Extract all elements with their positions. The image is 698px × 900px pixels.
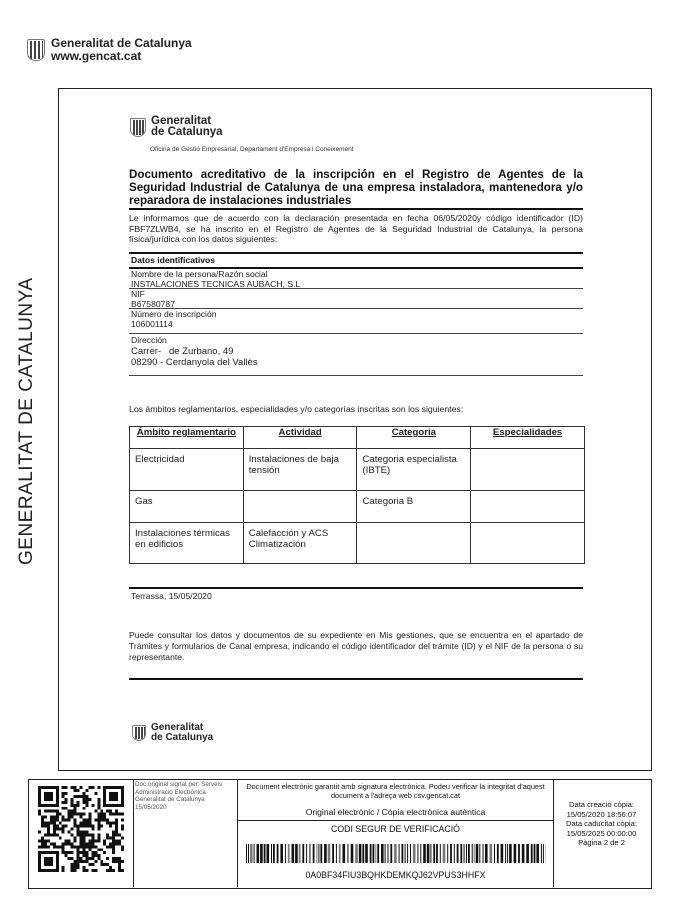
csv-code: 0A0BF34FIU3BQHKDEMKQJ62VPUS3HHFX [238,870,553,880]
table-cell: Instalaciones térmicas en edificios [130,523,244,564]
field-label: Número de inscripción [131,309,217,319]
field-address: Dirección Carrer- de Zurbano, 49 08290 -… [131,335,258,368]
table-cell [471,449,585,491]
table-row: Gas Categoria B [130,491,585,523]
page-number: Pàgina 2 de 2 [553,838,650,848]
copy-metadata: Data creació còpia: 15/05/2020 18:56:07 … [553,780,650,887]
office-name: Oficina de Gestió Empresarial, Departame… [150,146,354,153]
creation-label: Data creació còpia: [553,800,650,810]
scopes-intro: Los ámbitos reglamentarios, especialidad… [129,404,463,414]
senyera-emblem-icon [130,118,146,137]
document-logo: Generalitat de Catalunya [130,116,223,138]
table-header: Categoria [357,427,471,449]
field-registration-number: Número de inscripción 106001114 [131,309,217,329]
table-cell [243,491,357,523]
field-label: NIF [131,289,145,299]
table-header: Especialidades [471,427,585,449]
address-line-2: 08290 - Cerdanyola del Vallès [131,357,258,368]
logo-line-2: de Catalunya [151,733,213,743]
bottom-logo: Generalitat de Catalunya [132,723,213,743]
field-divider [129,333,583,334]
header-website: www.gencat.cat [51,50,192,63]
field-divider [129,288,583,289]
consult-paragraph: Puede consultar los datos y documentos d… [129,630,583,663]
table-header: Ámbito reglamentario [130,427,244,449]
csv-cell: Document electrònic garantit amb signatu… [238,780,554,887]
place-date: Terrassa, 15/05/2020 [131,591,212,601]
table-cell: Categoria especialista (IBTE) [357,449,471,491]
expiry-label: Data caducitat còpia: [553,819,650,829]
logo-line-2: de Catalunya [151,127,223,138]
section-rule [129,587,583,589]
table-cell: Instalaciones de baja tensión [243,449,357,491]
table-row: Instalaciones térmicas en edificios Cale… [130,523,585,564]
table-header: Actividad [243,427,357,449]
field-nif: NIF B67580787 [131,289,175,309]
table-cell [471,491,585,523]
table-row: Electricidad Instalaciones de baja tensi… [130,449,585,491]
copy-type: Original electrònic / Còpia electrònica … [238,807,553,817]
header-logo: Generalitat de Catalunya www.gencat.cat [27,37,192,63]
signed-by-text: Doc.original signat per: Serveis Adminis… [133,780,238,887]
table-cell: Categoria B [357,491,471,523]
table-cell: Calefacción y ACS Climatización [243,523,357,564]
senyera-emblem-icon [132,725,146,741]
verification-footer: Doc.original signat per: Serveis Adminis… [28,779,652,889]
identification-heading: Datos identificativos [131,255,215,265]
field-value: 106001114 [131,319,217,329]
csv-divider [238,820,553,821]
qr-cell [29,780,134,887]
document-title: Documento acreditativo de la inscripción… [129,168,583,207]
scopes-table: Ámbito reglamentario Actividad Categoria… [129,426,585,564]
table-cell [471,523,585,564]
intro-paragraph: Le informamos que de acuerdo con la decl… [129,213,583,245]
table-cell: Gas [130,491,244,523]
expiry-value: 15/05/2025 00:00:00 [553,829,650,839]
qr-code-icon[interactable] [38,786,124,872]
field-divider [129,375,583,376]
creation-value: 15/05/2020 18:56:07 [553,810,650,820]
csv-label: CODI SEGUR DE VERIFICACIÓ [238,824,553,834]
title-rule [129,208,583,210]
side-vertical-text: GENERALITAT DE CATALUNYA [16,277,38,565]
address-label: Dirección [131,335,258,346]
address-line-1: Carrer- de Zurbano, 49 [131,346,258,357]
section-rule [129,678,583,680]
csv-note: Document electrònic garantit amb signatu… [238,782,553,800]
field-name: Nombre de la persona/Razón social INSTAL… [131,269,300,289]
field-label: Nombre de la persona/Razón social [131,269,268,279]
table-cell [357,523,471,564]
senyera-emblem-icon [27,39,45,61]
barcode-icon [246,844,546,863]
section-rule [129,252,583,254]
table-cell: Electricidad [130,449,244,491]
